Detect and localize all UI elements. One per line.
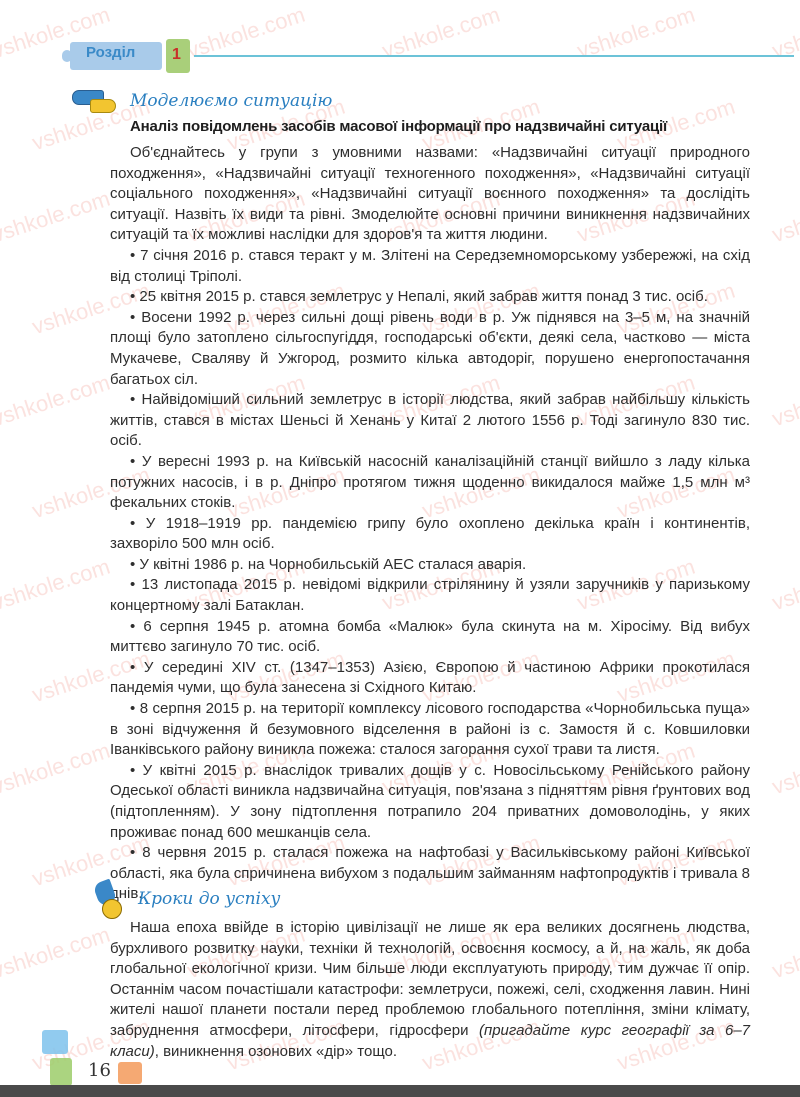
watermark-text: vshkole.com	[0, 370, 113, 433]
watermark-text: vshkole.com	[769, 370, 800, 433]
watermark-text: vshkole.com	[0, 186, 113, 249]
header-divider	[194, 55, 794, 57]
list-item: У квітні 1986 р. на Чорнобильській АЕС с…	[110, 555, 750, 576]
section-heading-modeling: Моделюємо ситуацію	[72, 86, 332, 116]
chapter-header: Розділ 1	[62, 38, 782, 74]
list-item: У середині XIV ст. (1347–1353) Азією, Єв…	[110, 658, 750, 699]
section2-body: Наша епоха ввійде в історію цивілізації …	[110, 918, 750, 1062]
section-number: 1	[172, 46, 181, 64]
section-heading-steps: Кроки до успіху	[92, 884, 280, 914]
list-item: 13 листопада 2015 р. невідомі відкрили с…	[110, 575, 750, 616]
puzzle-connector-icon	[72, 88, 120, 114]
paragraph: Наша епоха ввійде в історію цивілізації …	[110, 918, 750, 1062]
intro-paragraph: Об'єднайтесь у групи з умовними назвами:…	[110, 143, 750, 246]
section-label: Розділ	[86, 44, 135, 61]
list-item: У вересні 1993 р. на Київській насосній …	[110, 452, 750, 514]
paragraph-text: Наша епоха ввійде в історію цивілізації …	[110, 919, 750, 1039]
puzzle-piece-icon	[118, 1062, 142, 1084]
section-title: Моделюємо ситуацію	[130, 91, 332, 111]
list-item: У 1918–1919 рр. пандемією грипу було охо…	[110, 514, 750, 555]
watermark-text: vshkole.com	[769, 186, 800, 249]
list-item: 7 січня 2016 р. стався теракт у м. Зліте…	[110, 246, 750, 287]
list-item: 6 серпня 1945 р. атомна бомба «Малюк» бу…	[110, 617, 750, 658]
arrow-ball-icon	[92, 881, 128, 917]
puzzle-piece-icon	[42, 1030, 68, 1054]
viewer-bottom-bar	[0, 1085, 800, 1097]
list-item: У квітні 2015 р. внаслідок тривалих дощі…	[110, 761, 750, 843]
list-item: 25 квітня 2015 р. стався землетрус у Неп…	[110, 287, 750, 308]
list-item: Восени 1992 р. через сильні дощі рівень …	[110, 308, 750, 390]
watermark-text: vshkole.com	[769, 738, 800, 801]
section1-body: Об'єднайтесь у групи з умовними назвами:…	[110, 143, 750, 905]
puzzle-piece-icon	[50, 1058, 72, 1086]
list-item: Найвідоміший сильний землетрус в історії…	[110, 390, 750, 452]
page-number: 16	[88, 1060, 111, 1081]
watermark-text: vshkole.com	[769, 922, 800, 985]
watermark-text: vshkole.com	[0, 554, 113, 617]
list-item: 8 серпня 2015 р. на території комплексу …	[110, 699, 750, 761]
watermark-text: vshkole.com	[769, 554, 800, 617]
paragraph-text: , виникнення озонових «дір» тощо.	[155, 1043, 397, 1060]
section-title: Кроки до успіху	[138, 889, 280, 909]
watermark-text: vshkole.com	[0, 922, 113, 985]
watermark-text: vshkole.com	[0, 738, 113, 801]
section-subtitle: Аналіз повідомлень засобів масової інфор…	[130, 118, 667, 135]
